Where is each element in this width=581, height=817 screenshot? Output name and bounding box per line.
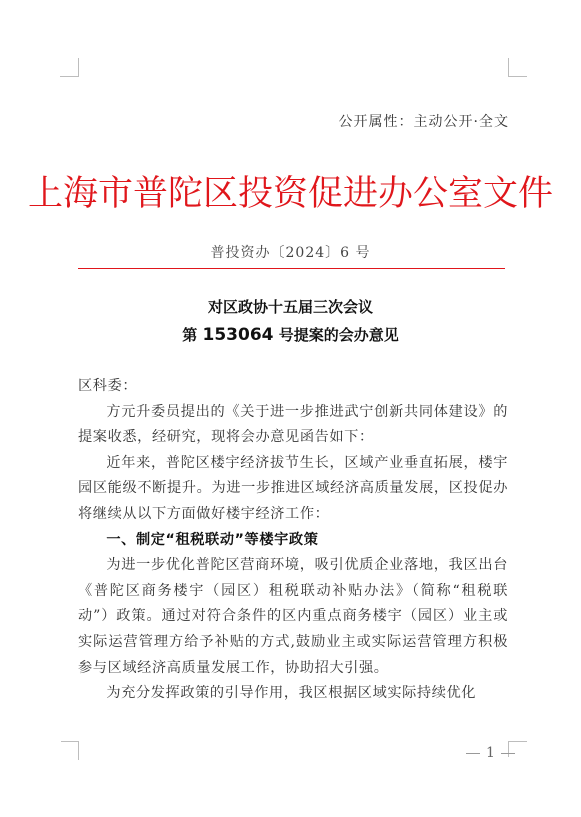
- page-number: 1: [460, 745, 521, 761]
- document-number: 普投资办〔2024〕6 号: [0, 242, 581, 262]
- subject-suffix: 号提案的会办意见: [273, 326, 398, 344]
- section-heading: 一、制定“租税联动”等楼宇政策: [78, 528, 508, 554]
- document-body: 区科委： 方元升委员提出的《关于进一步推进武宁创新共同体建设》的提案收悉，经研究…: [78, 374, 508, 707]
- issuing-org-title: 上海市普陀区投资促进办公室文件: [0, 166, 581, 216]
- dash-left: [466, 753, 480, 754]
- proposal-number: 153064: [203, 325, 274, 345]
- body-paragraph: 为充分发挥政策的引导作用，我区根据区域实际持续优化: [78, 681, 508, 707]
- red-separator-line: [78, 268, 505, 269]
- crop-mark-bottom-left: [61, 741, 79, 760]
- subject-prefix: 第: [182, 326, 202, 344]
- dash-right: [501, 753, 515, 754]
- subject-line-2: 第 153064 号提案的会办意见: [0, 321, 581, 349]
- subject-line-1: 对区政协十五届三次会议: [0, 293, 581, 321]
- document-subject: 对区政协十五届三次会议 第 153064 号提案的会办意见: [0, 293, 581, 349]
- salutation: 区科委：: [78, 374, 508, 400]
- body-paragraph: 方元升委员提出的《关于进一步推进武宁创新共同体建设》的提案收悉，经研究，现将会办…: [78, 400, 508, 451]
- page-number-value: 1: [486, 745, 495, 761]
- body-paragraph: 为进一步优化普陀区营商环境，吸引优质企业落地，我区出台《普陀区商务楼宇（园区）租…: [78, 553, 508, 681]
- crop-mark-top-left: [60, 58, 79, 77]
- disclosure-attribute: 公开属性：主动公开·全文: [339, 111, 509, 131]
- crop-mark-top-right: [508, 58, 527, 77]
- body-paragraph: 近年来，普陀区楼宇经济拔节生长，区域产业垂直拓展，楼宇园区能级不断提升。为进一步…: [78, 451, 508, 528]
